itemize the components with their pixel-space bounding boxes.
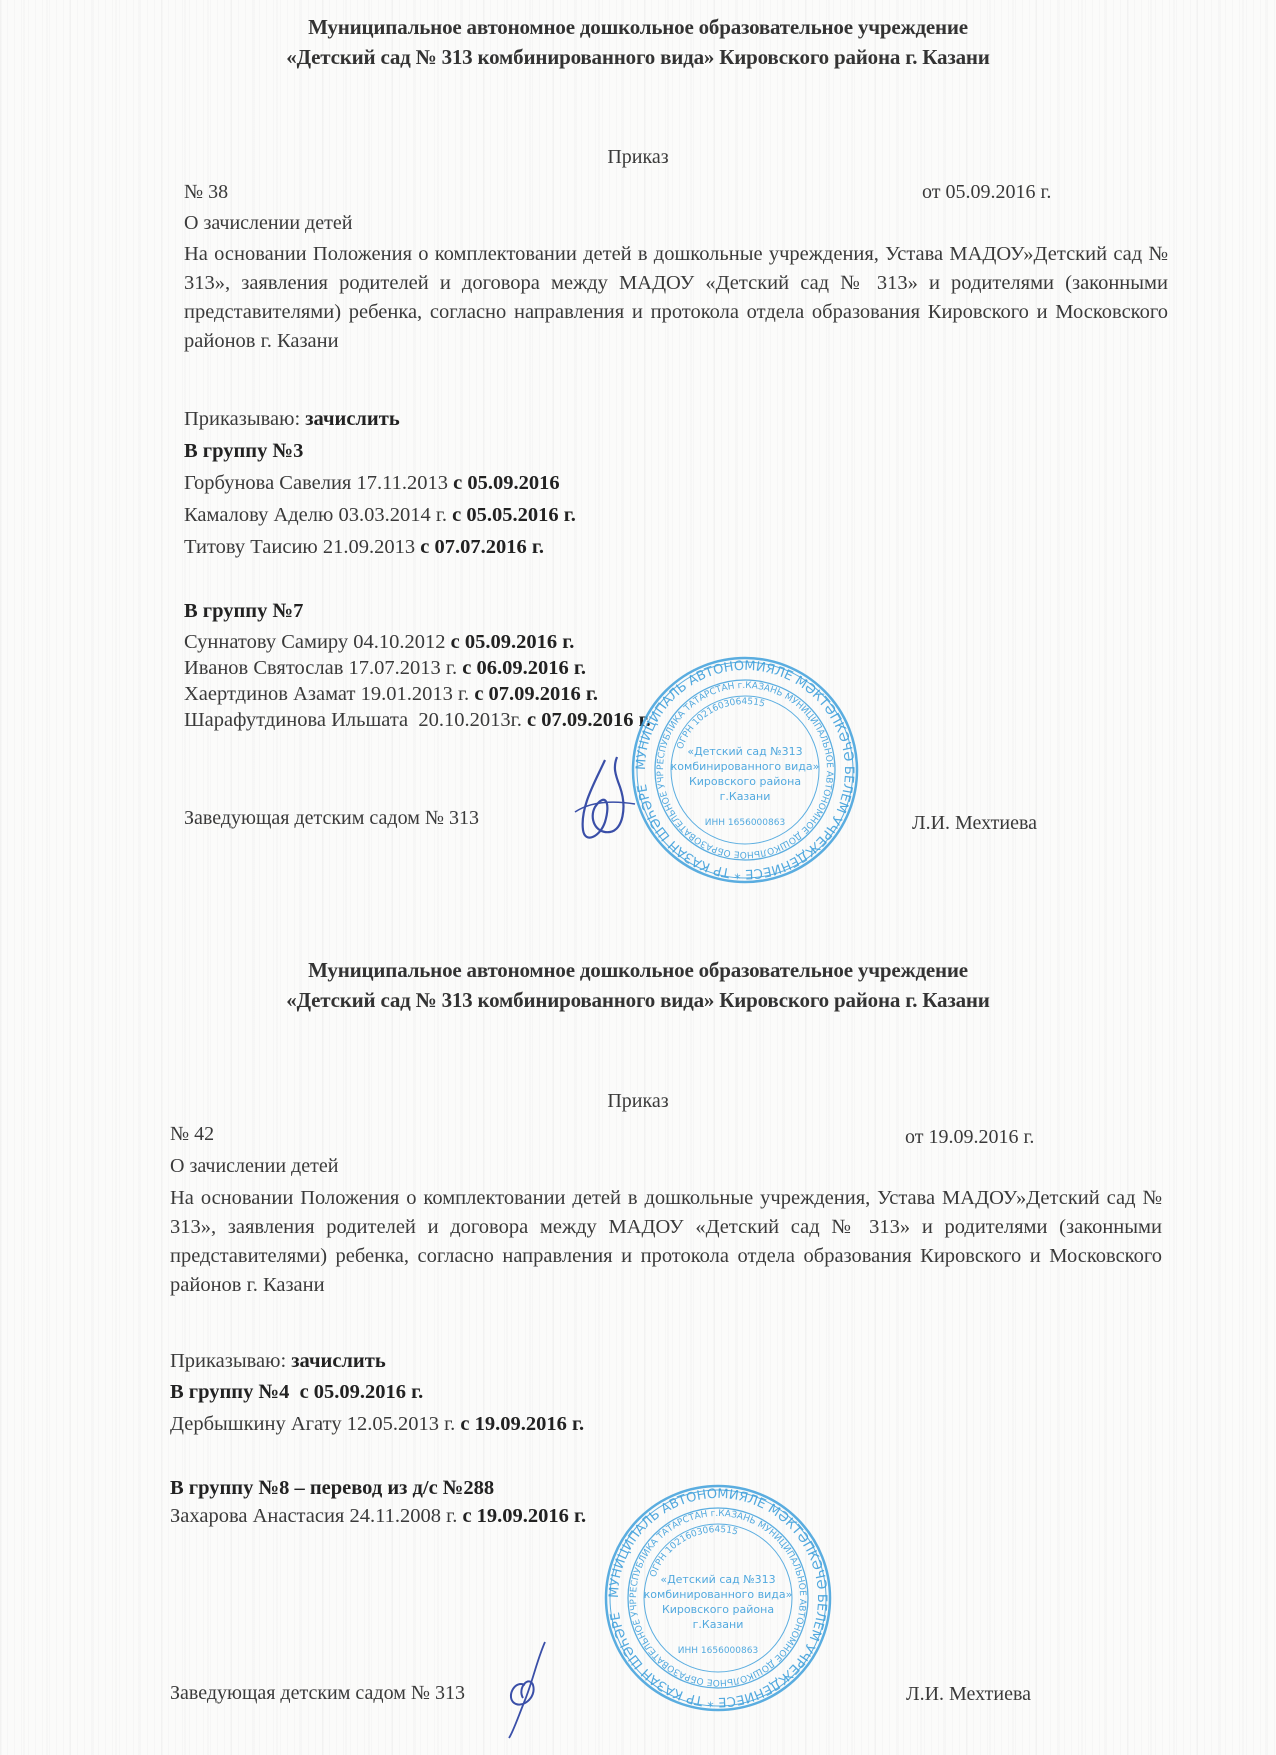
header-line-2: «Детский сад № 313 комбинированного вида… bbox=[0, 42, 1276, 72]
institution-header: Муниципальное автономное дошкольное обра… bbox=[0, 955, 1276, 1015]
child-entry: Иванов Святослав 17.07.2013 г. с 06.09.2… bbox=[184, 657, 586, 680]
child-name: Хаертдинов Азамат 19.01.2013 г. bbox=[184, 683, 474, 705]
child-name: Камалову Аделю 03.03.2014 г. bbox=[184, 504, 452, 526]
header-line-1: Муниципальное автономное дошкольное обра… bbox=[0, 12, 1276, 42]
svg-text:комбинированного вида»: комбинированного вида» bbox=[671, 760, 820, 773]
group-heading: В группу №7 bbox=[184, 600, 303, 623]
child-entry: Суннатову Самиру 04.10.2012 с 05.09.2016… bbox=[184, 631, 574, 654]
order-number: № 38 bbox=[184, 181, 228, 204]
signer-role: Заведующая детским садом № 313 bbox=[184, 807, 479, 830]
child-name: Шарафутдинова Ильшата 20.10.2013г. bbox=[184, 709, 527, 731]
child-entry: Шарафутдинова Ильшата 20.10.2013г. с 07.… bbox=[184, 709, 651, 732]
order-title: Приказ bbox=[0, 146, 1276, 169]
svg-text:комбинированного вида»: комбинированного вида» bbox=[644, 1588, 793, 1601]
child-name: Дербышкину Агату 12.05.2013 г. bbox=[170, 1413, 460, 1435]
order-basis: На основании Положения о комплектовании … bbox=[170, 1184, 1162, 1300]
svg-text:«Детский сад №313: «Детский сад №313 bbox=[687, 745, 802, 758]
svg-text:ИНН 1656000863: ИНН 1656000863 bbox=[705, 818, 785, 828]
header-line-2: «Детский сад № 313 комбинированного вида… bbox=[0, 985, 1276, 1015]
group-heading: В группу №8 – перевод из д/с №288 bbox=[170, 1477, 494, 1500]
order-basis: На основании Положения о комплектовании … bbox=[184, 240, 1168, 356]
child-name: Титову Таисию 21.09.2013 bbox=[184, 536, 420, 558]
institution-header: Муниципальное автономное дошкольное обра… bbox=[0, 12, 1276, 72]
enrollment-date: с 19.09.2016 г. bbox=[460, 1413, 584, 1435]
svg-text:г.Казани: г.Казани bbox=[693, 1618, 744, 1631]
order-subject: О зачислении детей bbox=[170, 1155, 338, 1178]
enrollment-date: с 19.09.2016 г. bbox=[462, 1505, 586, 1527]
enrollment-date: с 07.09.2016 г. bbox=[474, 683, 598, 705]
enrollment-date: с 05.05.2016 г. bbox=[452, 504, 576, 526]
group-heading: В группу №3 bbox=[184, 440, 303, 463]
order-subject: О зачислении детей bbox=[184, 212, 352, 235]
enrollment-date: с 05.09.2016 bbox=[453, 472, 559, 494]
official-stamp-icon: МУНИЦИПАЛЬ АВТОНОМИЯЛЕ МӘКТӘПКӘЧӘ БЕЛЕМ … bbox=[603, 1483, 833, 1713]
group-heading: В группу №4 с 05.09.2016 г. bbox=[170, 1381, 423, 1404]
order-date: от 05.09.2016 г. bbox=[922, 181, 1051, 204]
signature-icon bbox=[495, 1640, 555, 1740]
enrollment-date: с 05.09.2016 г. bbox=[451, 631, 575, 653]
order-date: от 19.09.2016 г. bbox=[905, 1126, 1034, 1149]
child-name: Иванов Святослав 17.07.2013 г. bbox=[184, 657, 462, 679]
directive-verb: зачислить bbox=[291, 1350, 385, 1372]
child-entry: Камалову Аделю 03.03.2014 г. с 05.05.201… bbox=[184, 504, 576, 527]
svg-text:ОГРН 1021603064515: ОГРН 1021603064515 bbox=[676, 697, 766, 751]
child-entry: Захарова Анастасия 24.11.2008 г. с 19.09… bbox=[170, 1505, 586, 1528]
child-name: Суннатову Самиру 04.10.2012 bbox=[184, 631, 451, 653]
enrollment-date: с 06.09.2016 г. bbox=[462, 657, 586, 679]
svg-text:Кировского района: Кировского района bbox=[662, 1603, 774, 1616]
order-directive: Приказываю: зачислить bbox=[184, 408, 400, 431]
signer-name: Л.И. Мехтиева bbox=[906, 1683, 1031, 1706]
enrollment-date: с 07.07.2016 г. bbox=[420, 536, 544, 558]
directive-prefix: Приказываю: bbox=[184, 408, 305, 430]
order-number: № 42 bbox=[170, 1123, 214, 1146]
order-title: Приказ bbox=[0, 1090, 1276, 1113]
child-entry: Горбунова Савелия 17.11.2013 с 05.09.201… bbox=[184, 472, 560, 495]
directive-verb: зачислить bbox=[305, 408, 399, 430]
svg-text:Кировского района: Кировского района bbox=[689, 775, 801, 788]
directive-prefix: Приказываю: bbox=[170, 1350, 291, 1372]
header-line-1: Муниципальное автономное дошкольное обра… bbox=[0, 955, 1276, 985]
signer-name: Л.И. Мехтиева bbox=[912, 812, 1037, 835]
svg-text:«Детский сад №313: «Детский сад №313 bbox=[660, 1573, 775, 1586]
svg-text:ОГРН 1021603064515: ОГРН 1021603064515 bbox=[649, 1525, 739, 1579]
signer-role: Заведующая детским садом № 313 bbox=[170, 1682, 465, 1705]
child-entry: Хаертдинов Азамат 19.01.2013 г. с 07.09.… bbox=[184, 683, 598, 706]
child-entry: Дербышкину Агату 12.05.2013 г. с 19.09.2… bbox=[170, 1413, 584, 1436]
order-directive: Приказываю: зачислить bbox=[170, 1350, 386, 1373]
svg-text:г.Казани: г.Казани bbox=[720, 790, 771, 803]
child-name: Захарова Анастасия 24.11.2008 г. bbox=[170, 1505, 462, 1527]
svg-text:ИНН 1656000863: ИНН 1656000863 bbox=[678, 1646, 758, 1656]
child-entry: Титову Таисию 21.09.2013 с 07.07.2016 г. bbox=[184, 536, 544, 559]
child-name: Горбунова Савелия 17.11.2013 bbox=[184, 472, 453, 494]
official-stamp-icon: МУНИЦИПАЛЬ АВТОНОМИЯЛЕ МӘКТӘПКӘЧӘ БЕЛЕМ … bbox=[630, 655, 860, 885]
